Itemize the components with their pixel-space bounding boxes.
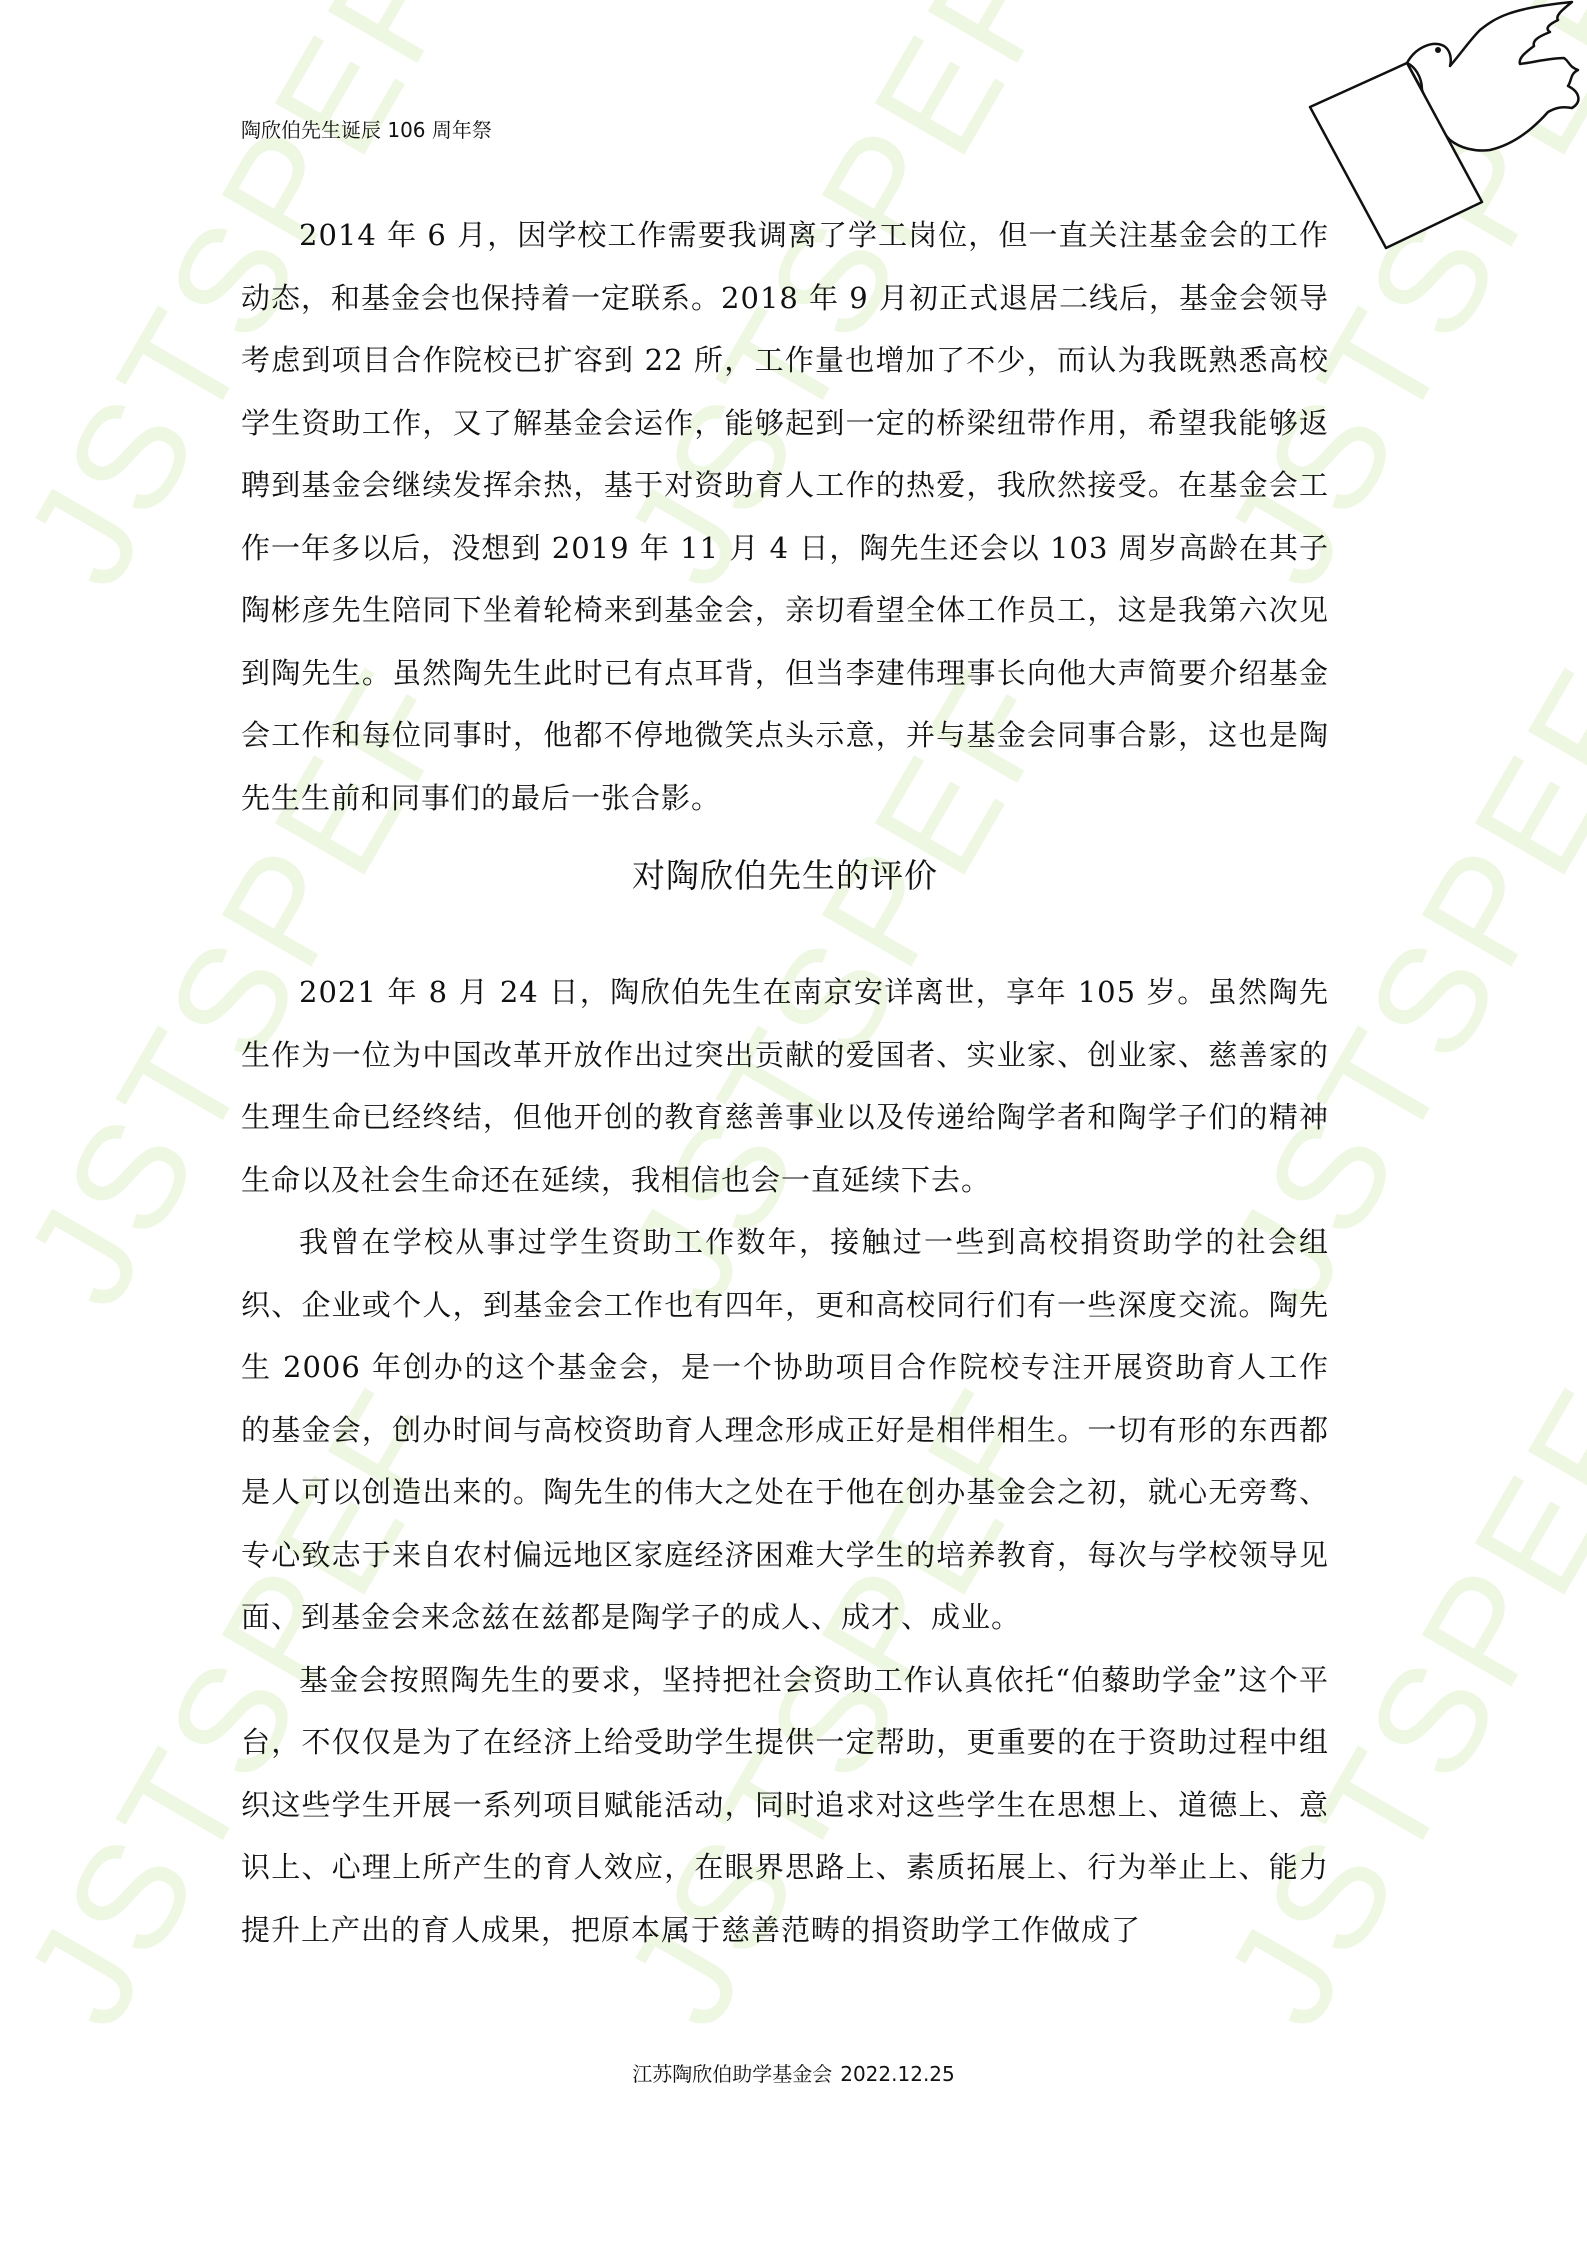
document-body: 2014 年 6 月，因学校工作需要我调离了学工岗位，但一直关注基金会的工作动态… [241, 204, 1329, 1961]
paragraph: 2014 年 6 月，因学校工作需要我调离了学工岗位，但一直关注基金会的工作动态… [241, 204, 1329, 829]
paragraph: 2021 年 8 月 24 日，陶欣伯先生在南京安详离世，享年 105 岁。虽然… [241, 961, 1329, 1211]
paragraph: 基金会按照陶先生的要求，坚持把社会资助工作认真依托“伯藜助学金”这个平台，不仅仅… [241, 1649, 1329, 1962]
page-footer: 江苏陶欣伯助学基金会2022.12.25 [0, 2058, 1587, 2087]
dove-with-letter-icon [1300, 0, 1587, 260]
footer-date: 2022.12.25 [840, 2062, 955, 2086]
section-title: 对陶欣伯先生的评价 [241, 829, 1329, 961]
running-header: 陶欣伯先生诞辰 106 周年祭 [241, 114, 492, 143]
paragraph: 我曾在学校从事过学生资助工作数年，接触过一些到高校捐资助学的社会组织、企业或个人… [241, 1211, 1329, 1649]
footer-organization: 江苏陶欣伯助学基金会 [632, 2062, 832, 2086]
